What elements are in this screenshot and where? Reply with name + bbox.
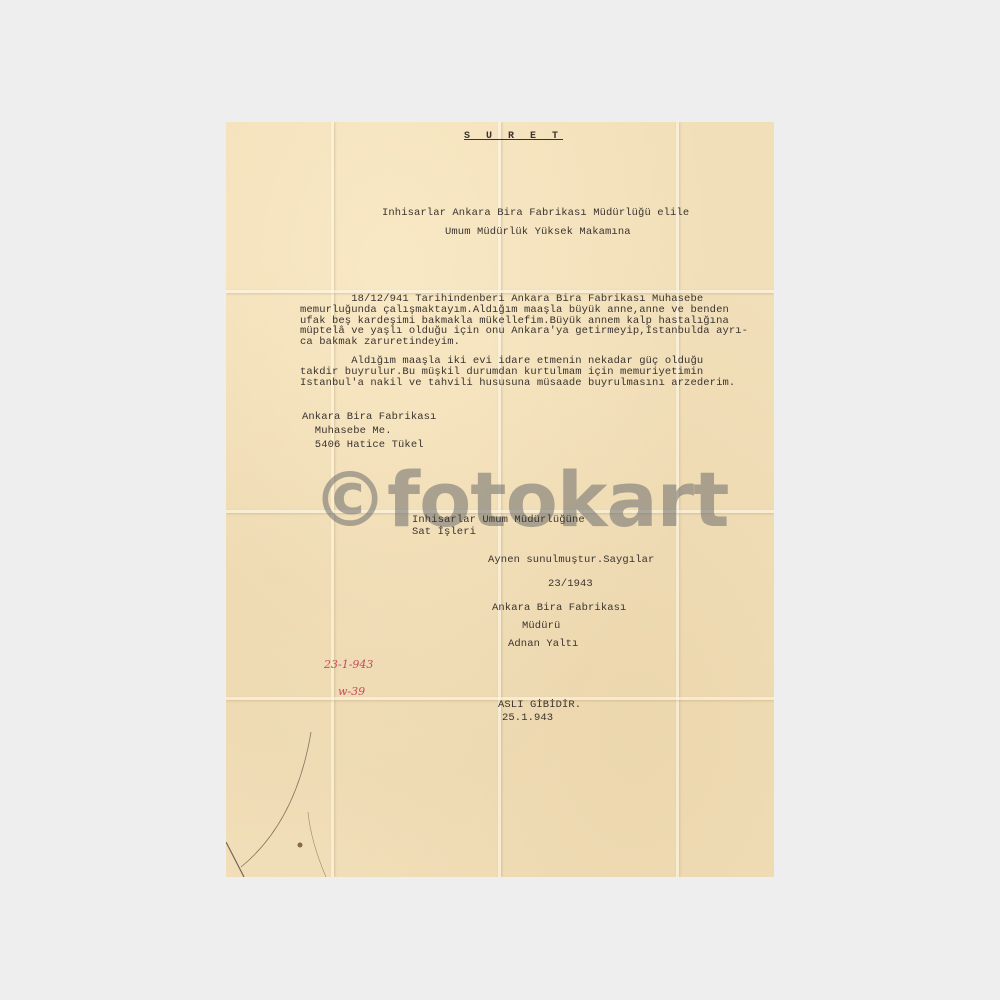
addressee-line-1: Inhisarlar Ankara Bira Fabrikası Müdürlü… <box>382 208 689 219</box>
paragraph-line: takdir buyrulur.Bu müşkil durumdan kurtu… <box>300 367 703 378</box>
addressee-line-2: Umum Müdürlük Yüksek Makamına <box>445 227 631 238</box>
forward-signature-org: Ankara Bira Fabrikası <box>492 603 626 614</box>
certification-date: 25.1.943 <box>502 713 553 724</box>
forward-signature-name: Adnan Yaltı <box>508 639 578 650</box>
paragraph-line: Istanbul'a nakil ve tahvili hususuna müs… <box>300 378 735 389</box>
forward-note: Aynen sunulmuştur.Saygılar <box>488 555 654 566</box>
letter-page: S U R E T Inhisarlar Ankara Bira Fabrika… <box>226 122 774 877</box>
paragraph-line: memurluğunda çalışmaktayım.Aldığım maaşl… <box>300 305 729 316</box>
forward-signature-title: Müdürü <box>522 621 560 632</box>
forward-to-line-2: Sat İşleri <box>412 527 476 538</box>
paragraph-line: 18/12/941 Tarihindenberi Ankara Bira Fab… <box>300 294 703 305</box>
sender-line: 5406 Hatice Tükel <box>302 440 424 451</box>
handwritten-number: w-39 <box>338 685 365 698</box>
sender-line: Ankara Bira Fabrikası <box>302 412 436 423</box>
sender-line: Muhasebe Me. <box>302 426 392 437</box>
forward-to-line-1: Inhisarlar Umum Müdürlüğüne <box>412 515 585 526</box>
watermark: ©fotokart <box>312 462 728 538</box>
certification-stamp: ASLI GİBİDİR. <box>498 700 581 711</box>
forward-date: 23/1943 <box>548 579 593 590</box>
paragraph-line: Aldığım maaşla iki evi idare etmenin nek… <box>300 356 703 367</box>
handwritten-date: 23-1-943 <box>324 658 373 671</box>
document-title: S U R E T <box>464 132 563 143</box>
paragraph-line: ca bakmak zaruretindeyim. <box>300 337 460 348</box>
